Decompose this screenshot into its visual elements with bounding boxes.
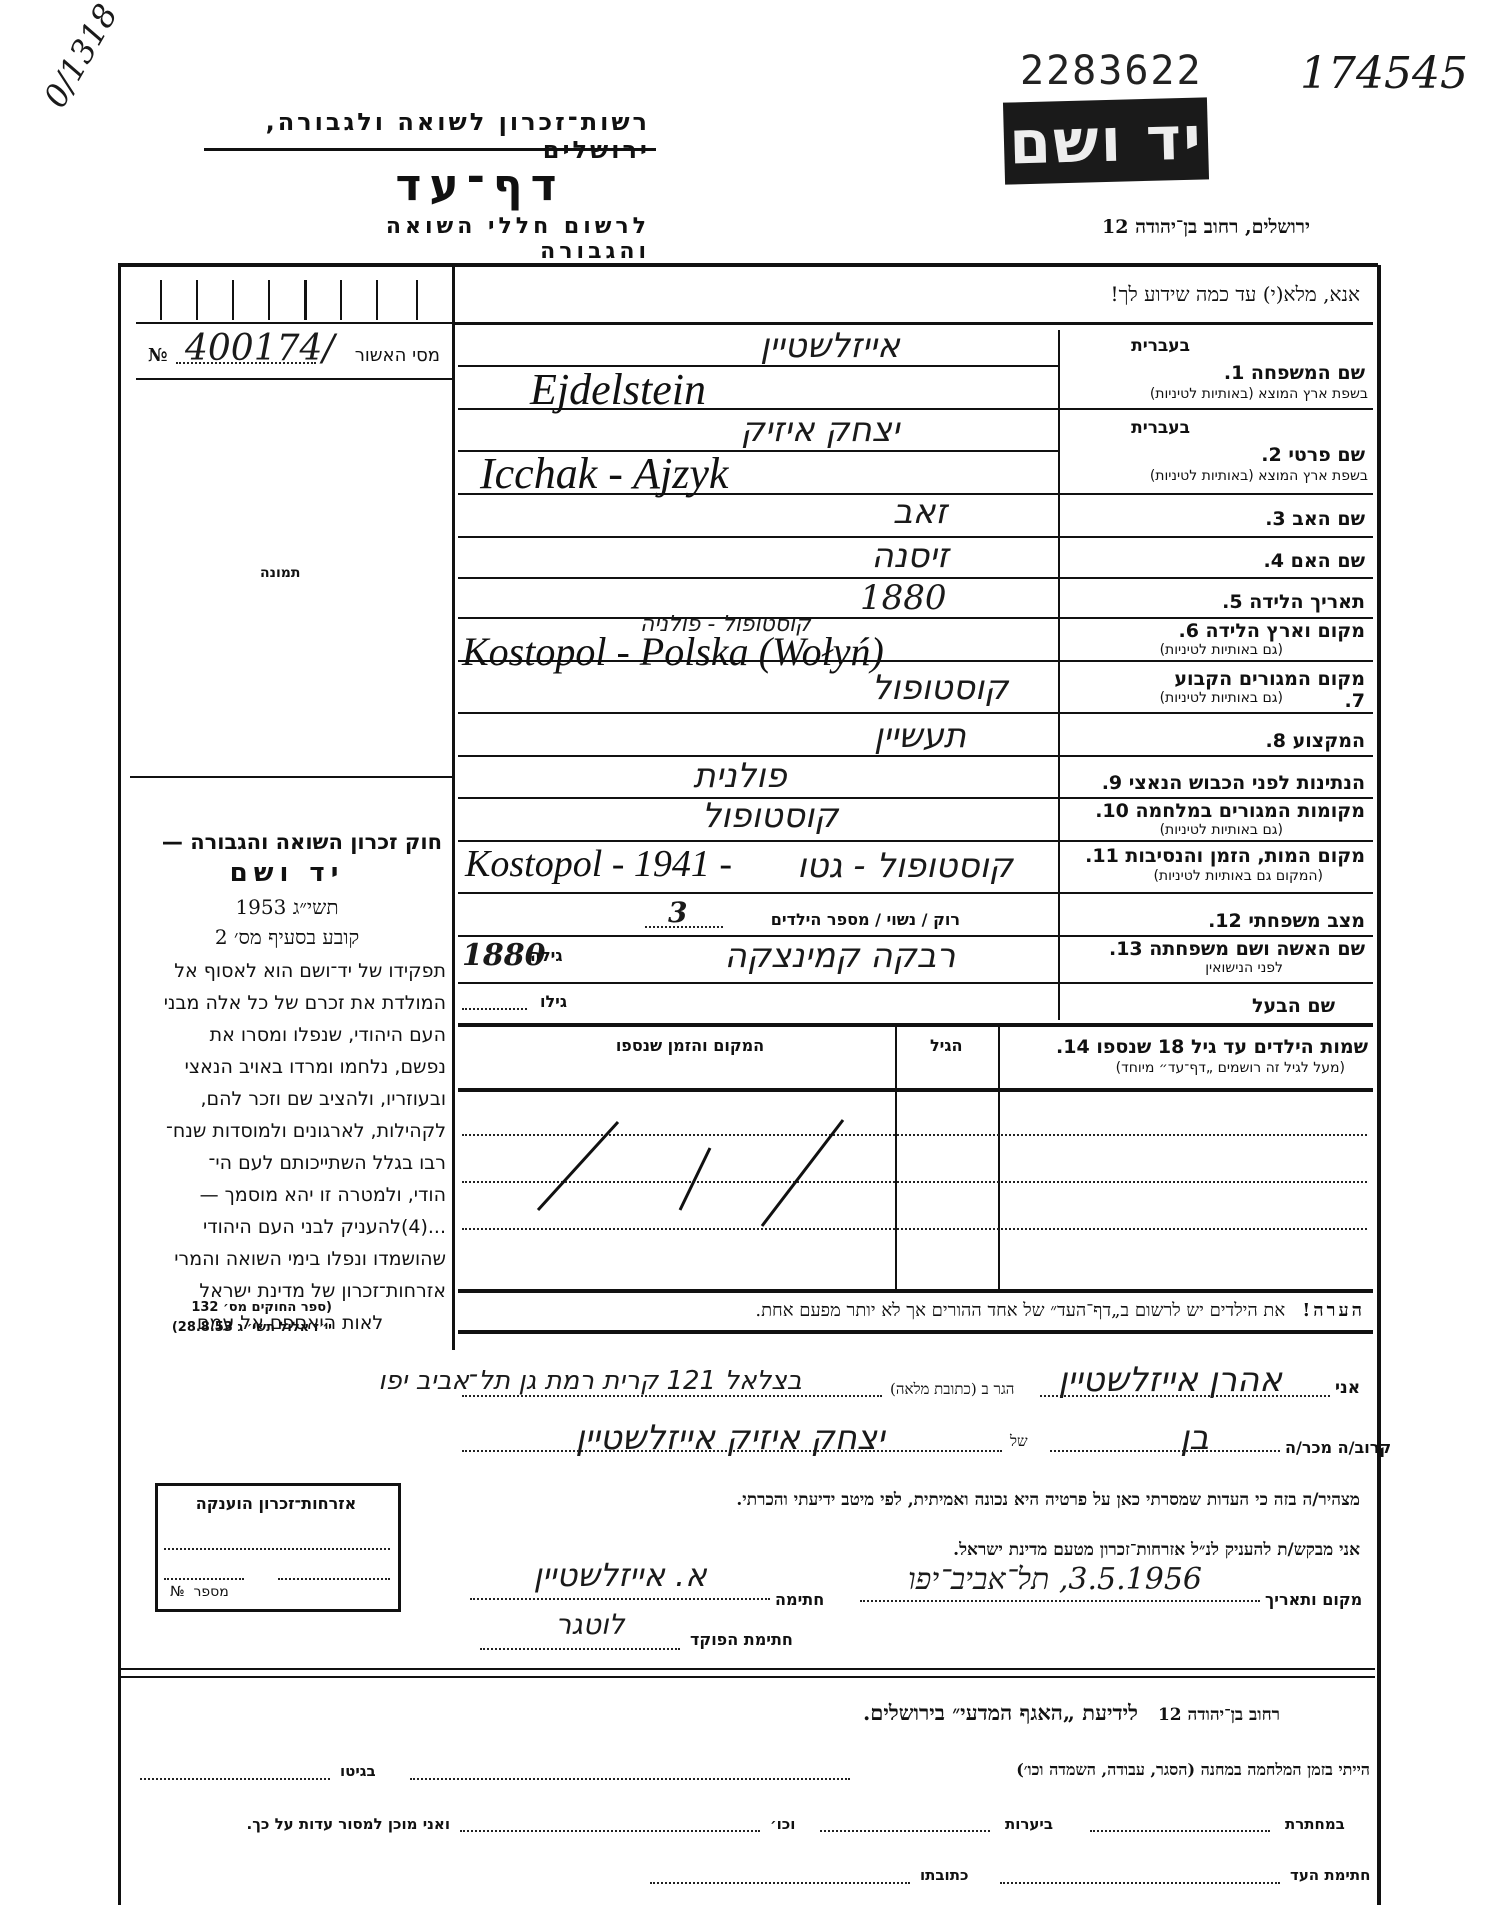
signature-label: חתימה [775,1590,824,1609]
law-body: תפקידו של יד־ושם הוא לאסוף אל המולדת את … [128,955,446,1339]
citizenship-box: אזרחות־זכרון הוענקה № מספר [155,1483,401,1612]
law-citation-2: י״ז אלול תשי״ג 28.8.53) [132,1320,332,1335]
etc-label: וכו׳ [770,1815,795,1833]
reference-number: 0/1318 [36,0,125,114]
ready-to-testify: ואני מוכן למסור עדות על כך. [120,1815,450,1833]
organization-title: רשות־זכרון לשואה ולגבורה, ירושלים [200,108,650,164]
law-title: חוק זכרון השואה והגבורה — [132,830,442,854]
struck-out-lines [440,1070,1500,1270]
children-count[interactable]: 3 [668,896,687,929]
field-1-hebrew-sub: בעברית [1070,336,1190,356]
wife-age-label: גילה [530,946,563,965]
signature-value[interactable]: א. אייזלשטיין [470,1556,770,1594]
approval-no-symbol: № [148,345,168,366]
col-place-header: המקום והזמן שנספו [580,1036,800,1055]
field-8-label: המקצוע 8. [1160,730,1365,752]
form-subtitle: לרשום חללי השואה והגבורה [270,214,650,264]
field-3-value[interactable]: זאב [860,492,980,532]
husband-label: שם הבעל [1160,995,1335,1017]
field-1-value-hebrew[interactable]: אייזלשטיין [680,326,980,366]
relation-value[interactable]: בן [1180,1418,1209,1458]
field-1-latin-sub: בשפת ארץ המוצא (באותיות לטיניות) [1063,386,1368,402]
form-title: דף־עד [330,160,630,211]
approval-label: מסי האשור [320,345,440,366]
col-age-header: הגיל [930,1036,963,1055]
field-2-latin-sub: בשפת ארץ המוצא (באותיות לטיניות) [1063,468,1368,484]
place-date-label: מקום ותאריך [1265,1590,1362,1609]
field-7-sub: (גם באותיות לטיניות) [1063,690,1283,706]
relation-label: קרוב/ה מכר/ה [1285,1438,1391,1457]
footer-heading: רחוב בן־יהודה 12 לידיעת „האגף המדעי״ ביר… [420,1700,1280,1726]
field-5-value[interactable]: 1880 [860,578,947,618]
underground-label: במחתרת [1285,1815,1345,1833]
field-2-value-hebrew[interactable]: יצחק איזיק [660,410,980,450]
field-9-value[interactable]: פולנית [640,756,840,796]
law-section: קובע בסעיף מס׳ 2 [132,925,442,950]
field-5-label: תאריך הלידה 5. [1160,591,1365,613]
header-address: ירושלים, רחוב בן־יהודה 12 [1010,216,1310,239]
field-2-value-latin[interactable]: Icchak - Ajzyk [480,448,728,499]
witness-name[interactable]: אהרן אייזלשטיין [1030,1360,1310,1400]
citizenship-number-label: № מספר [170,1584,229,1600]
field-8-value[interactable]: תעשיין [820,716,1020,756]
underground-field[interactable] [1090,1830,1270,1832]
field-13-value[interactable]: רבקה קמינצקה [640,936,1040,976]
witness-address-field[interactable] [650,1882,910,1884]
citizenship-title: אזרחות־זכרון הוענקה [166,1494,386,1513]
resides-label: הגר ב (כתובת מלאה) [890,1380,1014,1399]
approval-dotted [176,362,316,364]
official-sig-value[interactable]: לוטגר [520,1608,660,1641]
field-3-label: שם האב 3. [1160,508,1365,530]
ghetto-label: בגיטו [340,1762,376,1780]
field-4-value[interactable]: זיסנה [840,536,980,576]
frame-top [118,263,1378,267]
field-4-label: שם האם 4. [1160,550,1365,572]
fill-instruction: אנא, מלא(י) עד כמה שידוע לך! [900,282,1360,307]
children-table-title: שמות הילדים עד גיל 18 שנספו 14. [1000,1036,1368,1058]
witness-signature-field[interactable] [1000,1882,1280,1884]
header-underline [204,148,656,151]
law-year: תשי״ג 1953 [132,895,442,920]
photo-placeholder-label: תמונה [260,565,300,581]
law-logo: יד ושם [132,858,442,888]
etc-field[interactable] [460,1830,760,1832]
law-citation-1: (ספר החוקים מס׳ 132 [132,1300,332,1315]
forests-field[interactable] [820,1830,990,1832]
field-6-sub: (גם באותיות לטיניות) [1063,642,1283,658]
witness-address-label: כתובתו [920,1866,968,1884]
field-6-label: מקום וארץ הלידה 6. [1160,620,1365,642]
husband-age-label: גילו [540,992,567,1011]
handwritten-number: 174545 [1300,48,1468,99]
field-6-value-latin[interactable]: Kostopol - Polska (Wołyń) [462,628,884,675]
field-2-label: שם פרטי 2. [1160,444,1365,466]
decl-i-label: אני [1335,1378,1360,1398]
field-10-value[interactable]: קוסטופול [650,796,890,836]
field-13-label: שם האשה ושם משפחתה 13. [1063,938,1365,960]
forests-label: ביערות [1005,1815,1053,1833]
field-11-label: מקום המות, הזמן והנסיבות 11. [1063,845,1365,867]
stamp-number: 2283622 [1020,48,1203,94]
field-11-value-hebrew[interactable]: קוסטופול - גטו [760,846,1050,886]
field-7-value[interactable]: קוסטופול [830,668,1050,708]
request-text: אני מבקש/ת להעניק לנ״ל אזרחות־זכרון מטעם… [700,1540,1360,1560]
marital-status-options[interactable]: רוק / נשוי / מספר הילדים [720,910,960,929]
footer-line-1: הייתי בזמן המלחמה במחנה (הסגר, עבודה, הש… [140,1760,1370,1780]
of-value[interactable]: יצחק איזיק אייזלשטיין [465,1418,995,1458]
field-2-hebrew-sub: בעברית [1070,418,1190,438]
witness-signature-label: חתימת העד [1290,1866,1370,1884]
affirmation-text: מצהיר/ה בזה כי העדות שמסרתי כאן על פרטיה… [460,1490,1360,1510]
field-1-label: שם המשפחה 1. [1160,362,1365,384]
field-10-label: מקומות המגורים במלחמה 10. [1063,800,1365,822]
field-12-label: מצב משפחתי 12. [1160,910,1365,932]
yad-vashem-logo: יד ושם [1003,97,1209,184]
camp-field[interactable] [410,1778,850,1780]
field-13-sub: לפני הנישואין [1063,960,1283,976]
place-date-value[interactable]: 3.5.1956, תל־אביב־יפו [860,1562,1250,1597]
note-text: הערה! את הילדים יש לרשום ב„דף־העד״ של אח… [470,1300,1365,1321]
field-1-value-latin[interactable]: Ejdelstein [530,364,706,415]
ghetto-field[interactable] [140,1778,330,1780]
field-9-label: הנתינות לפני הכבוש הנאצי 9. [1063,772,1365,794]
label-column-divider [1058,330,1060,1020]
official-sig-label: חתימת הפוקד [690,1630,793,1649]
of-label: של [1010,1432,1028,1451]
field-11-sub: (המקום גם באותיות לטיניות) [1063,868,1323,884]
witness-address[interactable]: בצלאל 121 קרית רמת גן תל־אביב יפו [300,1366,880,1396]
field-10-sub: (גם באותיות לטיניות) [1063,822,1283,838]
field-11-value-latin[interactable]: Kostopol - 1941 - [465,842,732,886]
